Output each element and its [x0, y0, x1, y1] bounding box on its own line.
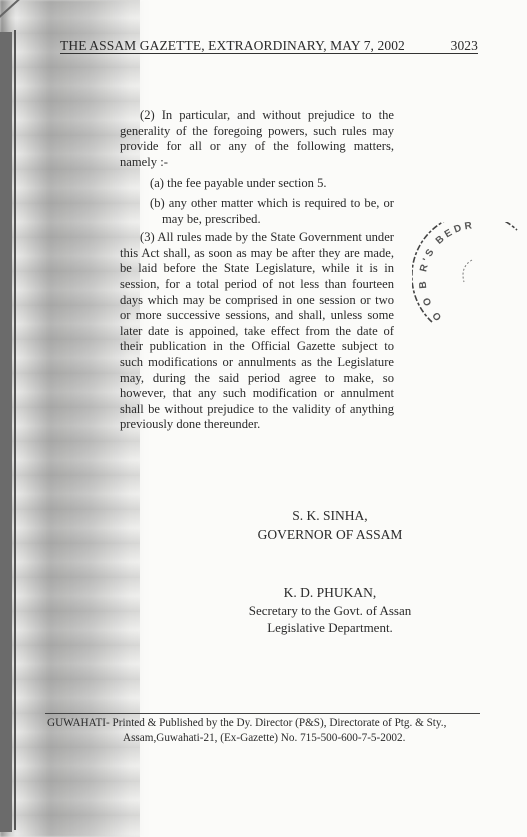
- official-stamp-icon: O O B R'S BEDR: [412, 222, 522, 332]
- secretary-title: Secretary to the Govt. of Assan: [230, 602, 430, 619]
- footer-line-2: Assam,Guwahati-21, (Ex-Gazette) No. 715-…: [47, 731, 487, 746]
- page-edge-shadow: [0, 32, 12, 832]
- gazette-title: THE ASSAM GAZETTE, EXTRAORDINARY, MAY 7,…: [60, 38, 405, 53]
- governor-title: GOVERNOR OF ASSAM: [230, 525, 430, 544]
- paragraph-2: (2) In particular, and without prejudice…: [120, 108, 394, 170]
- secretary-department: Legislative Department.: [230, 619, 430, 636]
- secretary-signature-block: K. D. PHUKAN, Secretary to the Govt. of …: [230, 583, 430, 636]
- list-item-b: (b) any other matter which is required t…: [120, 196, 394, 227]
- gazette-header: THE ASSAM GAZETTE, EXTRAORDINARY, MAY 7,…: [60, 38, 478, 54]
- governor-signature-block: S. K. SINHA, GOVERNOR OF ASSAM: [230, 506, 430, 544]
- page-number: 3023: [451, 38, 478, 53]
- printer-footer: GUWAHATI- Printed & Published by the Dy.…: [47, 716, 487, 746]
- document-body: (2) In particular, and without prejudice…: [120, 108, 394, 433]
- list-item-a: (a) the fee payable under section 5.: [120, 176, 394, 192]
- page-edge-line: [14, 30, 16, 830]
- governor-name: S. K. SINHA,: [230, 506, 430, 525]
- footer-line-1: GUWAHATI- Printed & Published by the Dy.…: [47, 716, 487, 731]
- scan-bands: [0, 0, 140, 837]
- paragraph-3: (3) All rules made by the State Governme…: [120, 230, 394, 433]
- footer-divider: [45, 713, 480, 714]
- secretary-name: K. D. PHUKAN,: [230, 583, 430, 602]
